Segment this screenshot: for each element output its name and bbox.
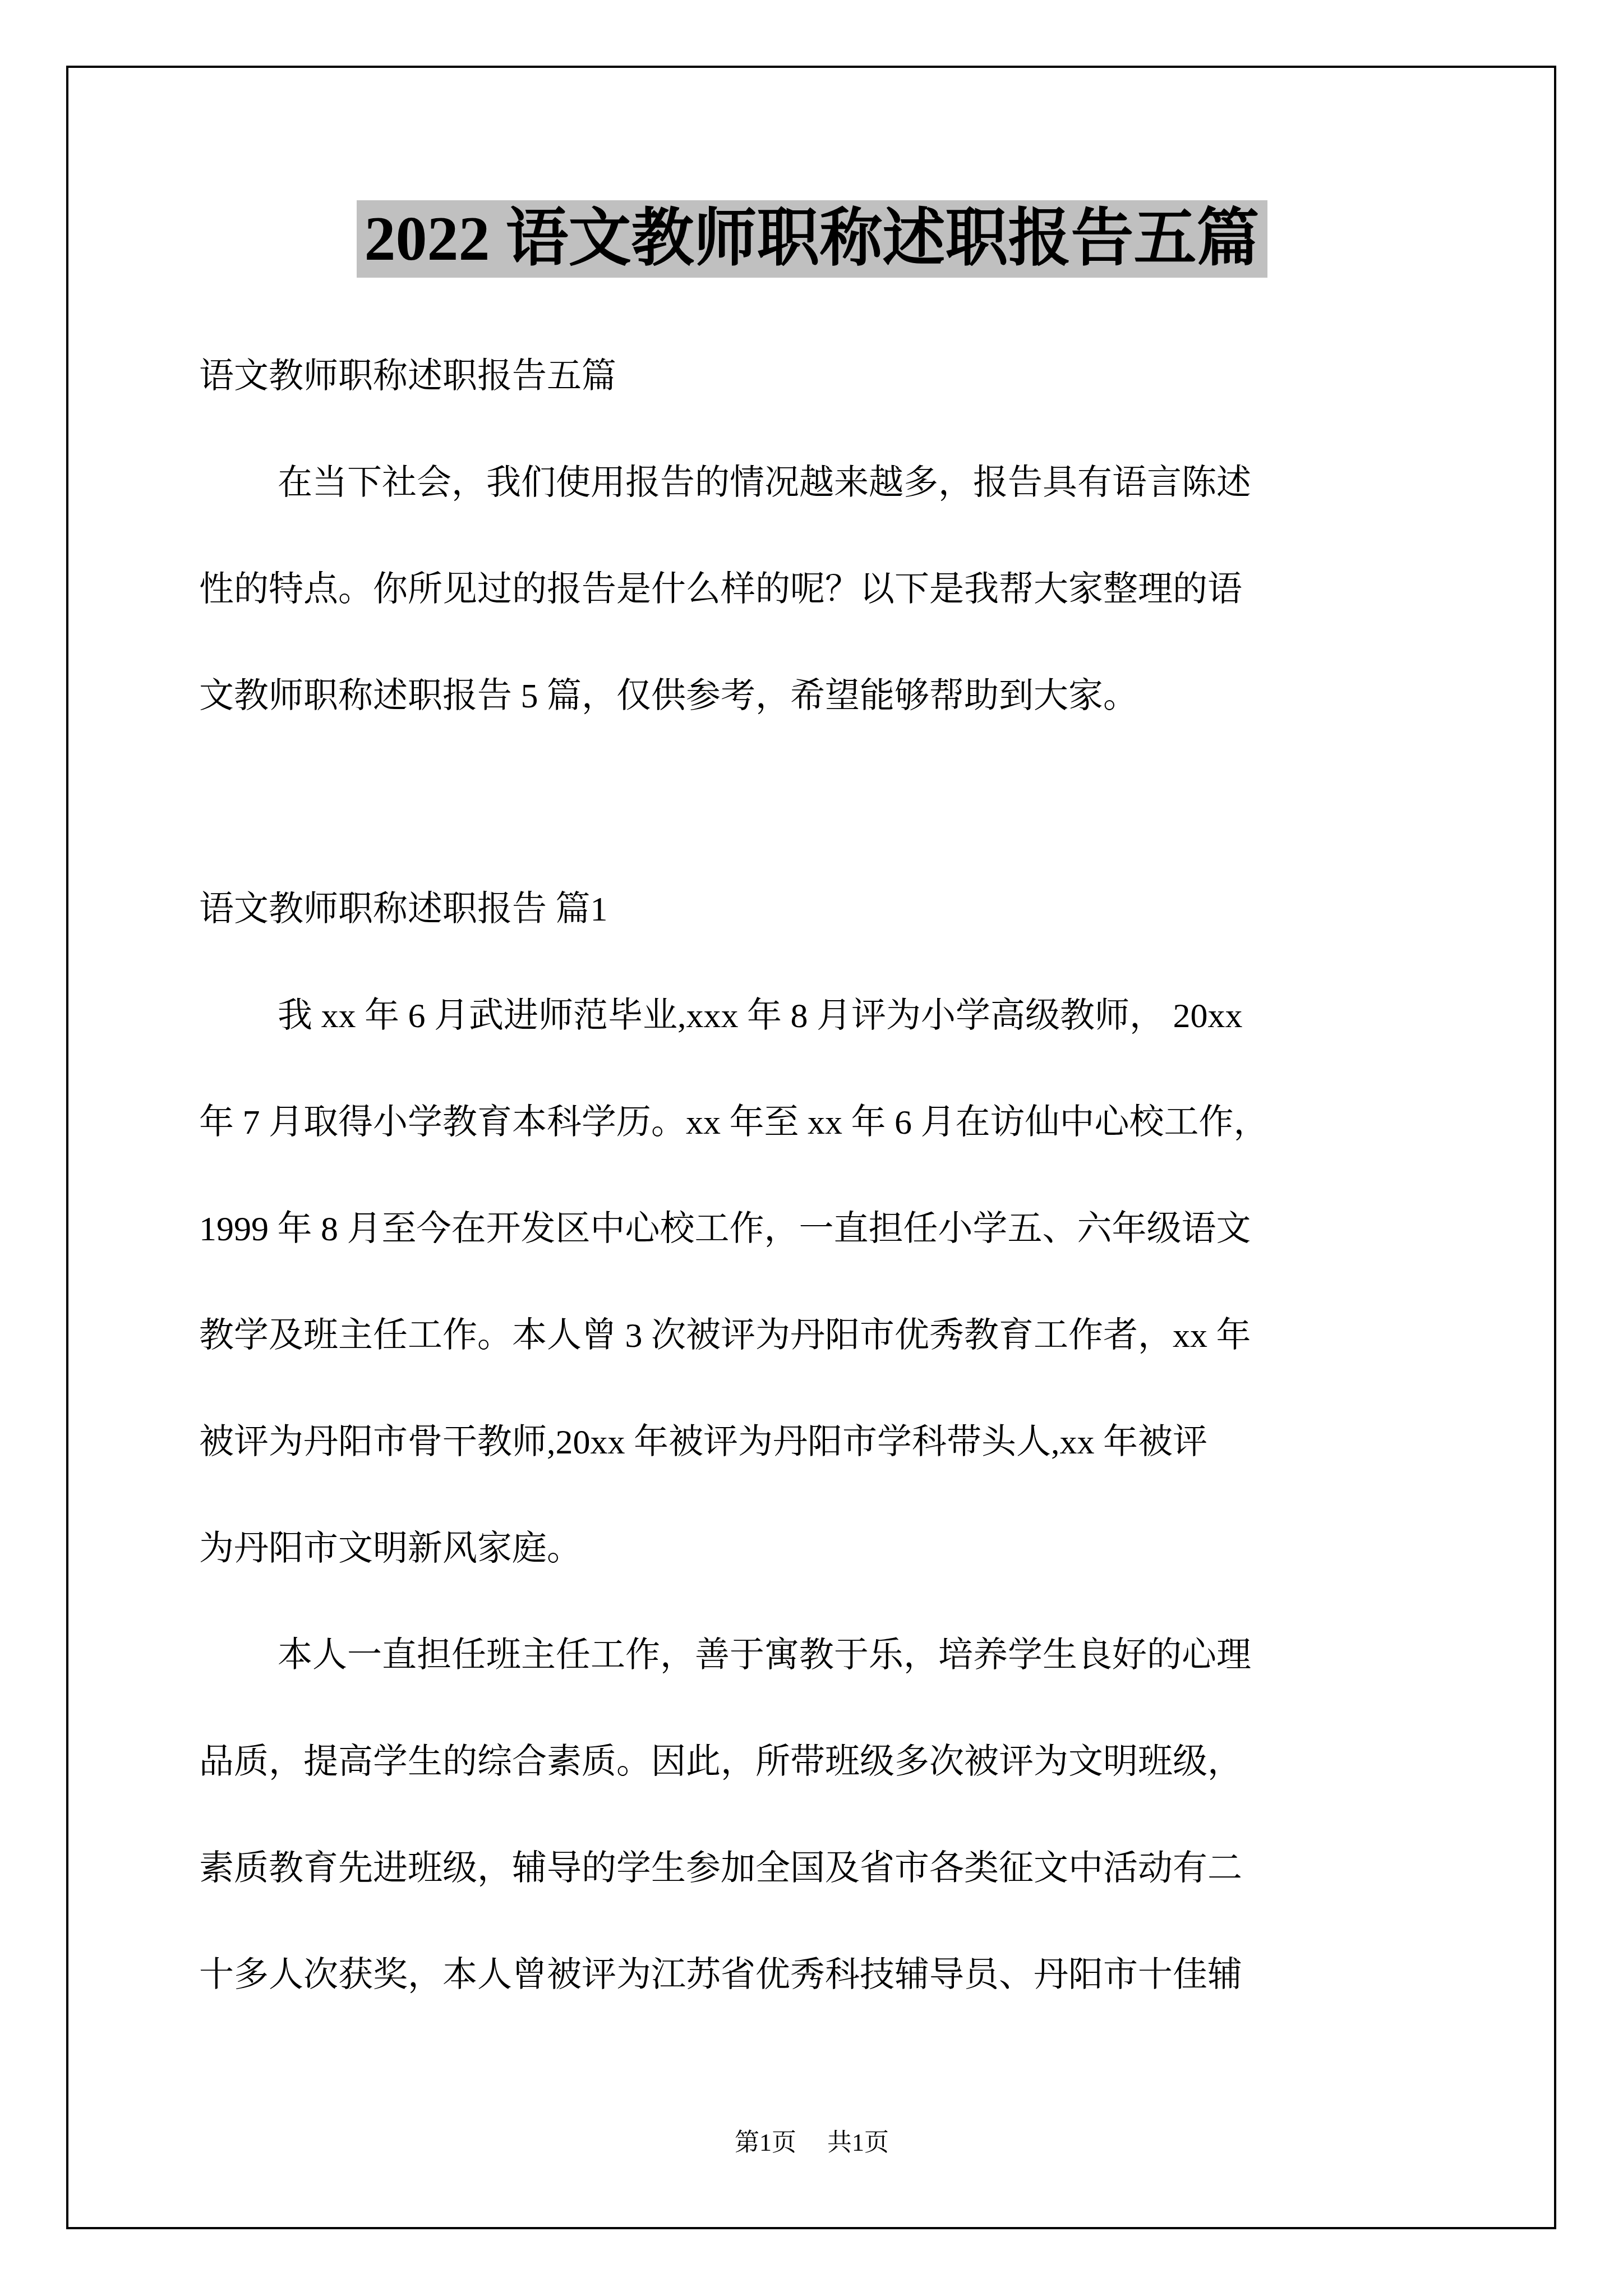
paragraph-line: 十多人次获奖，本人曾被评为江苏省优秀科技辅导员、丹阳市十佳辅 [199, 1922, 1424, 2028]
paragraph-line: 本人一直担任班主任工作，善于寓教于乐，培养学生良好的心理 [199, 1602, 1424, 1709]
paragraph-line: 我 xx 年 6 月武进师范毕业,xxx 年 8 月评为小学高级教师， 20xx [199, 963, 1424, 1069]
current-page-label: 第1页 [735, 2129, 796, 2156]
paragraph-line: 文教师职称述职报告 5 篇，仅供参考，希望能够帮助到大家。 [199, 643, 1424, 749]
section-heading: 语文教师职称述职报告 篇1 [199, 856, 1424, 963]
paragraph-line: 性的特点。你所见过的报告是什么样的呢？以下是我帮大家整理的语 [199, 536, 1424, 643]
paragraph-line: 在当下社会，我们使用报告的情况越来越多，报告具有语言陈述 [199, 430, 1424, 536]
paragraph-line: 1999 年 8 月至今在开发区中心校工作，一直担任小学五、六年级语文 [199, 1176, 1424, 1282]
document-title-row: 2022 语文教师职称述职报告五篇 [199, 200, 1424, 278]
paragraph-line: 素质教育先进班级，辅导的学生参加全国及省市各类征文中活动有二 [199, 1815, 1424, 1922]
blank-line [199, 749, 1424, 856]
document-title: 2022 语文教师职称述职报告五篇 [357, 200, 1267, 278]
paragraph-line: 为丹阳市文明新风家庭。 [199, 1496, 1424, 1602]
document-body: 语文教师职称述职报告五篇 在当下社会，我们使用报告的情况越来越多，报告具有语言陈… [199, 323, 1424, 2028]
paragraph-line: 年 7 月取得小学教育本科学历。xx 年至 xx 年 6 月在访仙中心校工作， [199, 1069, 1424, 1176]
total-pages-label: 共1页 [827, 2129, 889, 2156]
paragraph-line: 品质，提高学生的综合素质。因此，所带班级多次被评为文明班级， [199, 1709, 1424, 1815]
subtitle-line: 语文教师职称述职报告五篇 [199, 323, 1424, 430]
paragraph-line: 教学及班主任工作。本人曾 3 次被评为丹阳市优秀教育工作者，xx 年 [199, 1282, 1424, 1389]
paragraph-line: 被评为丹阳市骨干教师,20xx 年被评为丹阳市学科带头人,xx 年被评 [199, 1389, 1424, 1496]
page-footer: 第1页共1页 [199, 2126, 1424, 2160]
